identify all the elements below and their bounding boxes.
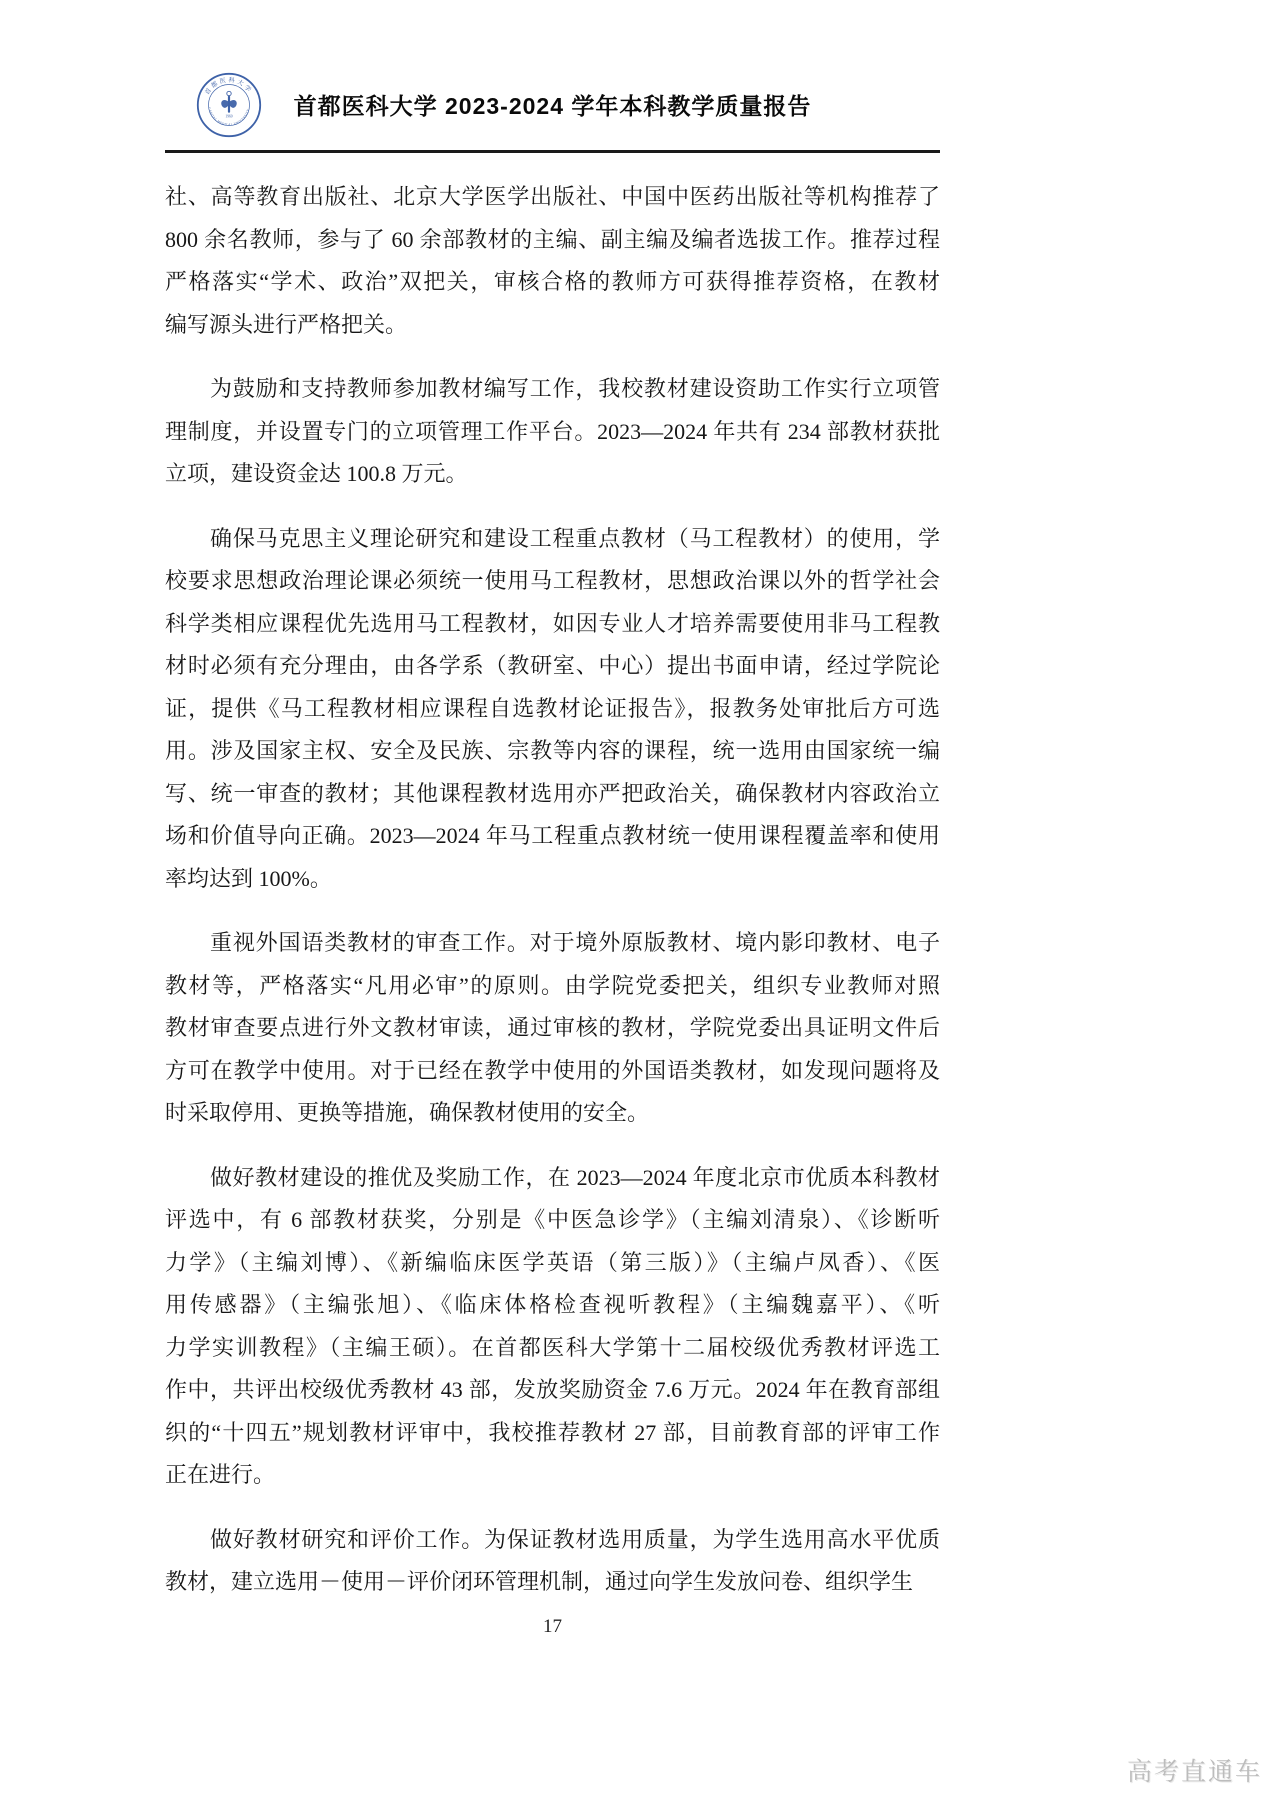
text-line: 编写源头进行严格把关。 xyxy=(165,304,940,347)
text-line: 做好教材研究和评价工作。为保证教材选用质量，为学生选用高水平优质 xyxy=(165,1519,940,1562)
text-body: 社、高等教育出版社、北京大学医学出版社、中国中医药出版社等机构推荐了800 余名… xyxy=(165,176,940,1604)
paragraph: 社、高等教育出版社、北京大学医学出版社、中国中医药出版社等机构推荐了800 余名… xyxy=(165,176,940,346)
text-line: 800 余名教师，参与了 60 余部教材的主编、副主编及编者选拔工作。推荐过程 xyxy=(165,219,940,262)
header-divider-line xyxy=(165,150,940,153)
text-line: 校要求思想政治理论课必须统一使用马工程教材，思想政治课以外的哲学社会 xyxy=(165,560,940,603)
text-line: 方可在教学中使用。对于已经在教学中使用的外国语类教材，如发现问题将及 xyxy=(165,1050,940,1093)
text-line: 率均达到 100%。 xyxy=(165,858,940,901)
document-page: 首都医科大学 CAPITAL MEDICAL UNIVERSITY 1960 首… xyxy=(0,0,1280,1810)
report-header-title: 首都医科大学 2023-2024 学年本科教学质量报告 xyxy=(165,91,940,121)
text-line: 用传感器》（主编张旭）、《临床体格检查视听教程》（主编魏嘉平）、《听 xyxy=(165,1284,940,1327)
paragraph: 确保马克思主义理论研究和建设工程重点教材（马工程教材）的使用，学校要求思想政治理… xyxy=(165,518,940,901)
paragraph: 做好教材研究和评价工作。为保证教材选用质量，为学生选用高水平优质教材，建立选用－… xyxy=(165,1519,940,1604)
text-line: 证，提供《马工程教材相应课程自选教材论证报告》，报教务处审批后方可选 xyxy=(165,688,940,731)
text-line: 社、高等教育出版社、北京大学医学出版社、中国中医药出版社等机构推荐了 xyxy=(165,176,940,219)
text-line: 评选中，有 6 部教材获奖，分别是《中医急诊学》（主编刘清泉）、《诊断听 xyxy=(165,1199,940,1242)
text-line: 重视外国语类教材的审查工作。对于境外原版教材、境内影印教材、电子 xyxy=(165,922,940,965)
page-number: 17 xyxy=(165,1613,940,1641)
paragraph: 重视外国语类教材的审查工作。对于境外原版教材、境内影印教材、电子教材等，严格落实… xyxy=(165,922,940,1135)
text-line: 材时必须有充分理由，由各学系（教研室、中心）提出书面申请，经过学院论 xyxy=(165,645,940,688)
text-line: 场和价值导向正确。2023—2024 年马工程重点教材统一使用课程覆盖率和使用 xyxy=(165,815,940,858)
paragraph: 为鼓励和支持教师参加教材编写工作，我校教材建设资助工作实行立项管理制度，并设置专… xyxy=(165,368,940,496)
text-line: 确保马克思主义理论研究和建设工程重点教材（马工程教材）的使用，学 xyxy=(165,518,940,561)
text-line: 时采取停用、更换等措施，确保教材使用的安全。 xyxy=(165,1092,940,1135)
text-line: 作中，共评出校级优秀教材 43 部，发放奖励资金 7.6 万元。2024 年在教… xyxy=(165,1369,940,1412)
text-line: 写、统一审查的教材；其他课程教材选用亦严把政治关，确保教材内容政治立 xyxy=(165,773,940,816)
text-line: 立项，建设资金达 100.8 万元。 xyxy=(165,453,940,496)
text-line: 教材，建立选用－使用－评价闭环管理机制，通过向学生发放问卷、组织学生 xyxy=(165,1561,940,1604)
text-line: 织的“十四五”规划教材评审中，我校推荐教材 27 部，目前教育部的评审工作 xyxy=(165,1412,940,1455)
text-line: 教材审查要点进行外文教材审读，通过审核的教材，学院党委出具证明文件后 xyxy=(165,1007,940,1050)
text-line: 理制度，并设置专门的立项管理工作平台。2023—2024 年共有 234 部教材… xyxy=(165,411,940,454)
text-line: 严格落实“学术、政治”双把关，审核合格的教师方可获得推荐资格，在教材 xyxy=(165,261,940,304)
paragraph: 做好教材建设的推优及奖励工作，在 2023—2024 年度北京市优质本科教材评选… xyxy=(165,1157,940,1497)
text-line: 用。涉及国家主权、安全及民族、宗教等内容的课程，统一选用由国家统一编 xyxy=(165,730,940,773)
text-line: 正在进行。 xyxy=(165,1454,940,1497)
text-line: 做好教材建设的推优及奖励工作，在 2023—2024 年度北京市优质本科教材 xyxy=(165,1157,940,1200)
text-line: 力学实训教程》（主编王硕）。在首都医科大学第十二届校级优秀教材评选工 xyxy=(165,1327,940,1370)
text-line: 力学》（主编刘博）、《新编临床医学英语（第三版）》（主编卢凤香）、《医 xyxy=(165,1242,940,1285)
text-line: 科学类相应课程优先选用马工程教材，如因专业人才培养需要使用非马工程教 xyxy=(165,603,940,646)
text-line: 为鼓励和支持教师参加教材编写工作，我校教材建设资助工作实行立项管 xyxy=(165,368,940,411)
watermark-text: 高考直通车 xyxy=(1127,1756,1262,1788)
text-line: 教材等，严格落实“凡用必审”的原则。由学院党委把关，组织专业教师对照 xyxy=(165,965,940,1008)
